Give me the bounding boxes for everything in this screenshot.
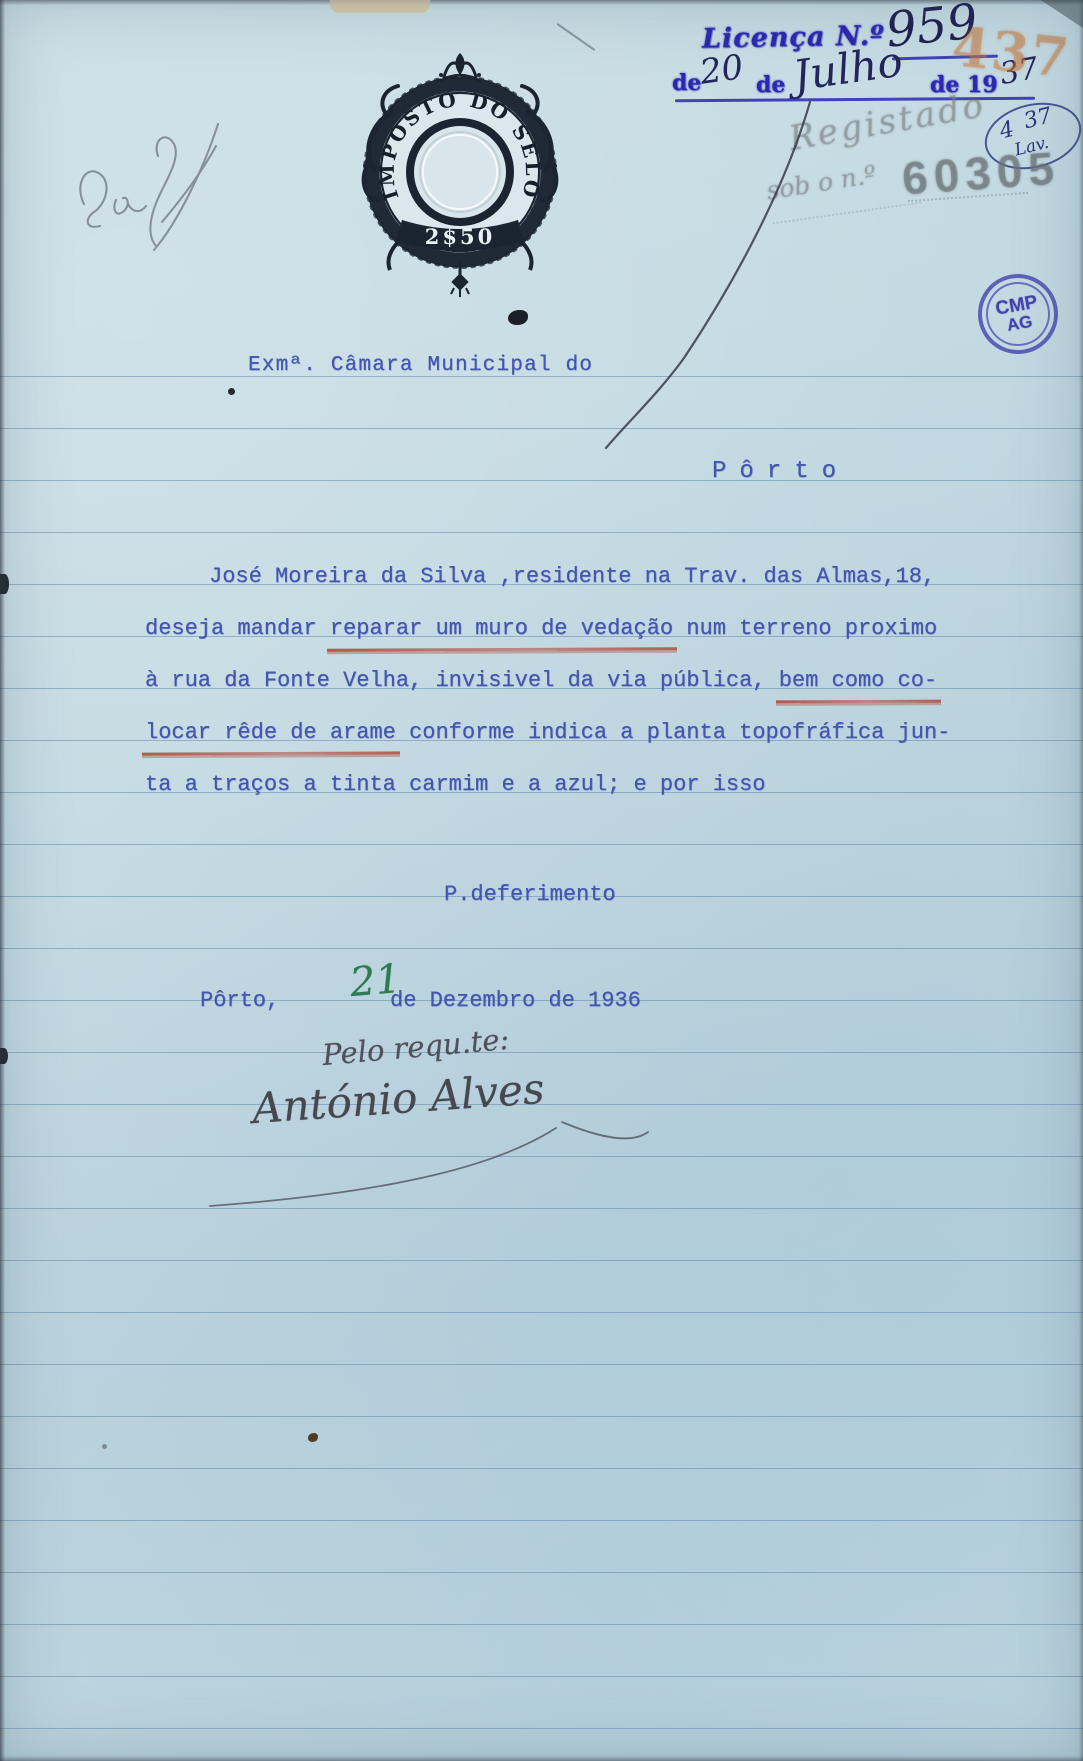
seal-value: 2$50 <box>425 224 495 249</box>
cmp-stamp-inner-circle <box>981 277 1055 351</box>
ink-flourish-descender <box>560 58 840 458</box>
body-line-1: José Moreira da Silva ,residente na Trav… <box>209 564 935 589</box>
red-underlined-text: bem como co- <box>779 668 937 693</box>
paper-hole <box>0 1048 8 1064</box>
paper-under-edge <box>330 0 430 13</box>
red-underlined-text: locar rêde de arame <box>145 720 396 745</box>
scan-edge-right <box>1079 0 1083 1761</box>
body-line-3: à rua da Fonte Velha, invisivel da via p… <box>145 668 937 693</box>
body-line-4: locar rêde de arame conforme indica a pl… <box>145 720 950 745</box>
body-line-5: ta a traços a tinta carmim e a azul; e p… <box>145 772 766 797</box>
body-text: à rua da Fonte Velha, invisivel da via p… <box>145 668 779 693</box>
paper-hole <box>0 574 9 594</box>
letter-city-heading: Pôrto <box>712 458 849 485</box>
letter-closing: P.deferimento <box>444 882 616 907</box>
faded-file-number: 437 <box>949 14 1074 90</box>
stain-speck <box>102 1444 107 1449</box>
scan-edge-bottom <box>0 1756 1083 1761</box>
letter-salutation: Exmª. Câmara Municipal do <box>248 354 593 377</box>
pencil-initials-scribble <box>66 104 236 254</box>
scanned-document-page: IMPOSTO DO SELO 2$50 Licença N.º 959 de … <box>0 0 1083 1761</box>
signature-flourish <box>180 1080 680 1220</box>
scan-edge-left <box>0 0 5 1761</box>
red-underlined-text: reparar um muro de vedação <box>330 616 673 641</box>
body-text: num terreno proximo <box>673 616 937 641</box>
imposto-do-selo-seal: IMPOSTO DO SELO 2$50 <box>356 50 564 294</box>
date-city: Pôrto, <box>200 988 279 1013</box>
seal-inner-ring <box>410 122 510 222</box>
ink-speck <box>228 388 235 395</box>
body-line-2: deseja mandar reparar um muro de vedação… <box>145 616 937 641</box>
note-digits: 37 <box>1021 103 1054 134</box>
body-text: conforme indica a planta topofráfica jun… <box>396 720 951 745</box>
body-text: deseja mandar <box>145 616 330 641</box>
date-rest: de Dezembro de 1936 <box>390 988 641 1013</box>
